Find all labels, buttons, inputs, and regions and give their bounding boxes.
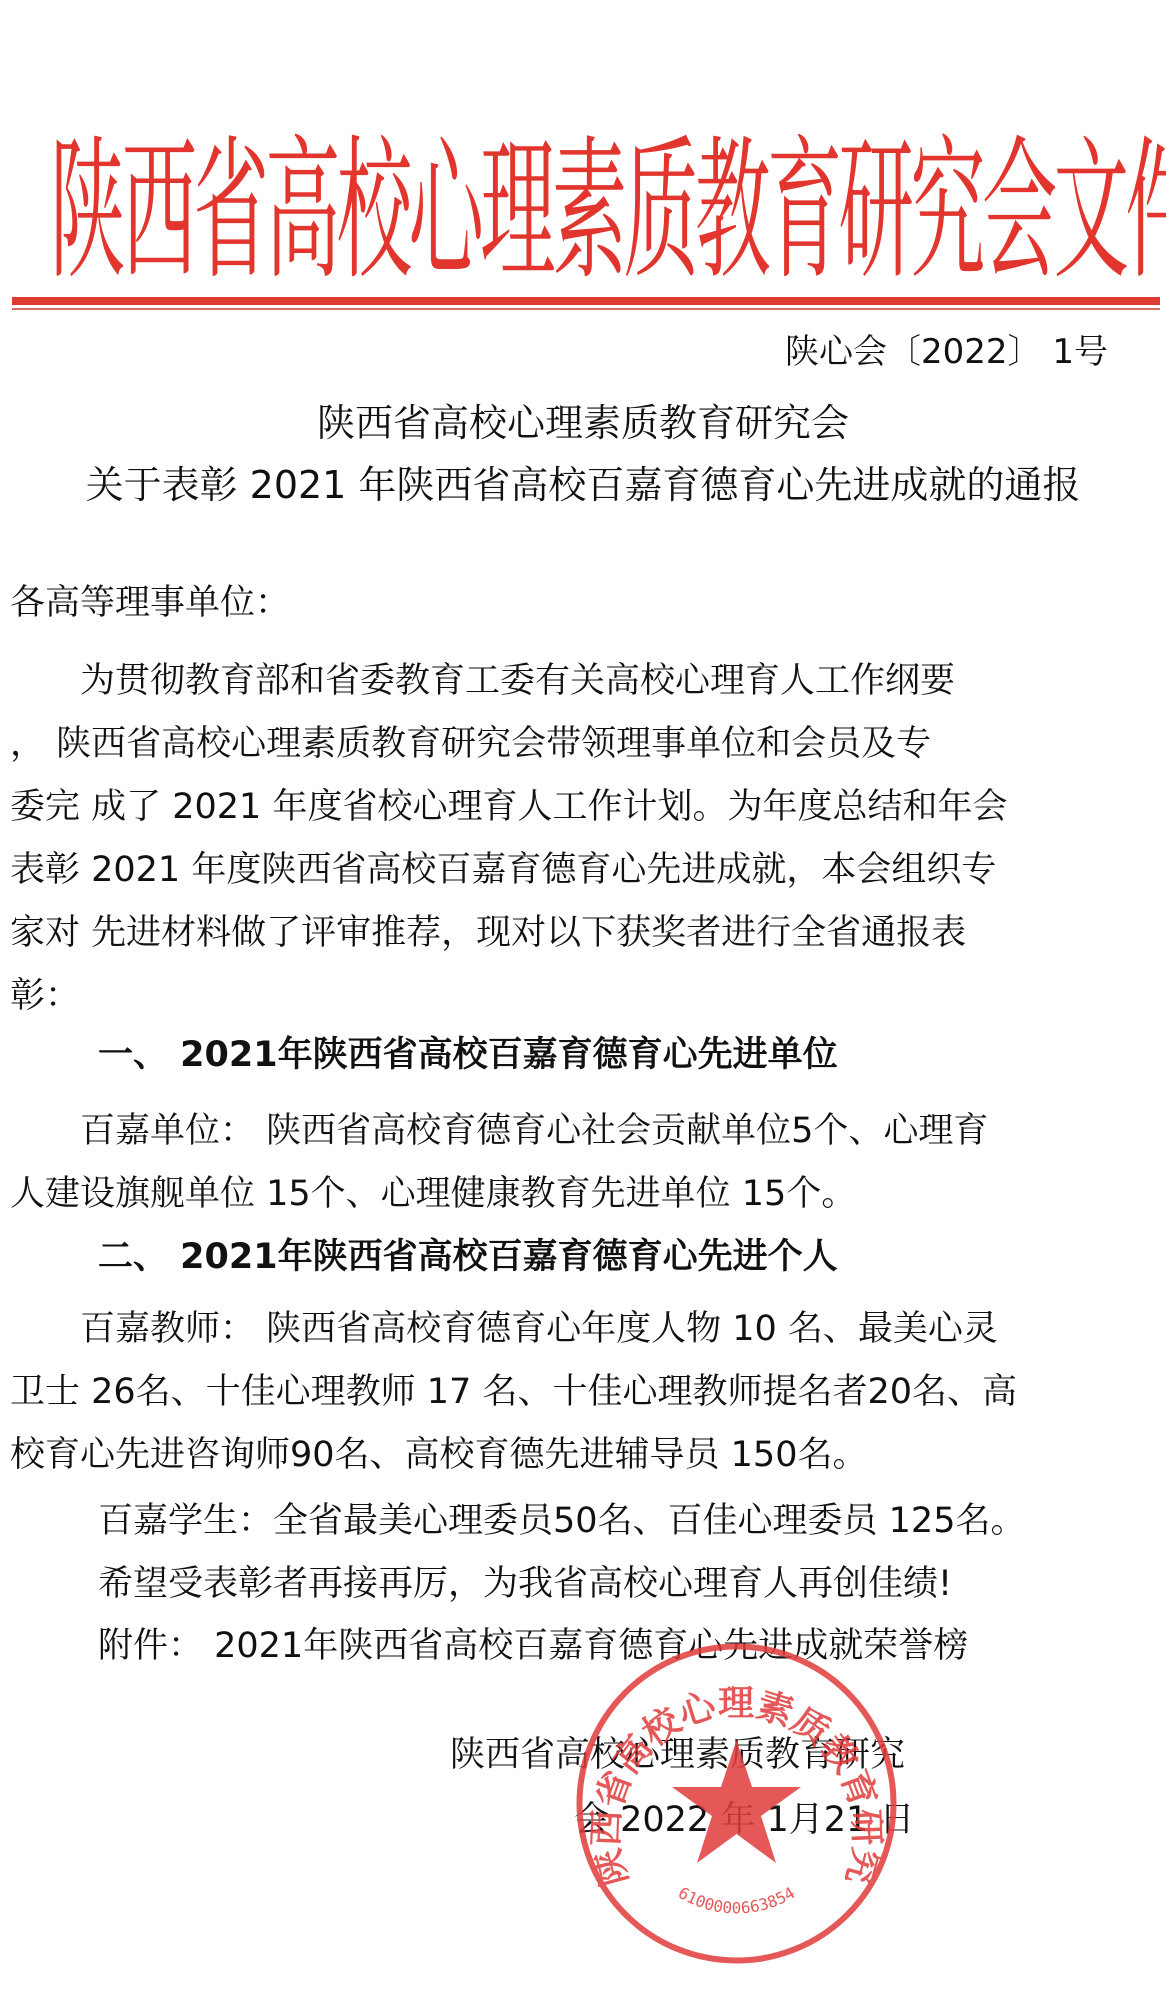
seal-serial: 6100000663854: [675, 1883, 798, 1917]
section2-heading: 二、 2021年陕西省高校百嘉育德育心先进个人: [98, 1232, 838, 1282]
closing-line: 希望受表彰者再接再厉，为我省高校心理育人再创佳绩!: [98, 1553, 952, 1615]
intro-paragraph: 为贯彻教育部和省委教育工委有关高校心理育人工作纲要 ， 陕西省高校心理素质教育研…: [10, 650, 1160, 1028]
students-line: 百嘉学生：全省最美心理委员50名、百佳心理委员 125名。: [98, 1490, 1025, 1552]
paragraph-line: 卫士 26名、十佳心理教师 17 名、十佳心理教师提名者20名、高: [10, 1361, 1160, 1424]
paragraph-line: 表彰 2021 年度陕西省高校百嘉育德育心先进成就，本会组织专: [10, 839, 1160, 902]
paragraph-line: 校育心先进咨询师90名、高校育德先进辅导员 150名。: [10, 1424, 1160, 1487]
paragraph-line: 为贯彻教育部和省委教育工委有关高校心理育人工作纲要: [10, 650, 1160, 713]
paragraph-line: 人建设旗舰单位 15个、心理健康教育先进单位 15个。: [10, 1163, 1160, 1226]
paragraph-line: 委完 成了 2021 年度省校心理育人工作计划。为年度总结和年会: [10, 776, 1160, 839]
header-rule-thick: [12, 297, 1160, 305]
paragraph-line: 家对 先进材料做了评审推荐，现对以下获奖者进行全省通报表: [10, 902, 1160, 965]
paragraph-line: ， 陕西省高校心理素质教育研究会带领理事单位和会员及专: [10, 713, 1160, 776]
section1-paragraph: 百嘉单位： 陕西省高校育德育心社会贡献单位5个、心理育 人建设旗舰单位 15个、…: [10, 1100, 1160, 1226]
document-header-title: 陕西省高校心理素质教育研究会文件: [50, 100, 735, 321]
section2-paragraph: 百嘉教师： 陕西省高校育德育心年度人物 10 名、最美心灵 卫士 26名、十佳心…: [10, 1298, 1160, 1487]
notice-title-line1: 陕西省高校心理素质教育研究会: [0, 398, 1166, 448]
salutation: 各高等理事单位：: [10, 572, 290, 634]
paragraph-line: 百嘉单位： 陕西省高校育德育心社会贡献单位5个、心理育: [10, 1100, 1160, 1163]
paragraph-line: 彰：: [10, 965, 1160, 1028]
paragraph-line: 百嘉教师： 陕西省高校育德育心年度人物 10 名、最美心灵: [10, 1298, 1160, 1361]
document-number: 陕心会〔2022〕 1号: [785, 330, 1108, 374]
official-seal-stamp: 陕西省高校心理素质教育研究会 6100000663854: [573, 1640, 900, 1967]
star-icon: [672, 1740, 801, 1863]
header-rule-thin: [12, 308, 1160, 310]
notice-title-line2: 关于表彰 2021 年陕西省高校百嘉育德育心先进成就的通报: [0, 460, 1166, 510]
section1-heading: 一、 2021年陕西省高校百嘉育德育心先进单位: [98, 1030, 838, 1080]
